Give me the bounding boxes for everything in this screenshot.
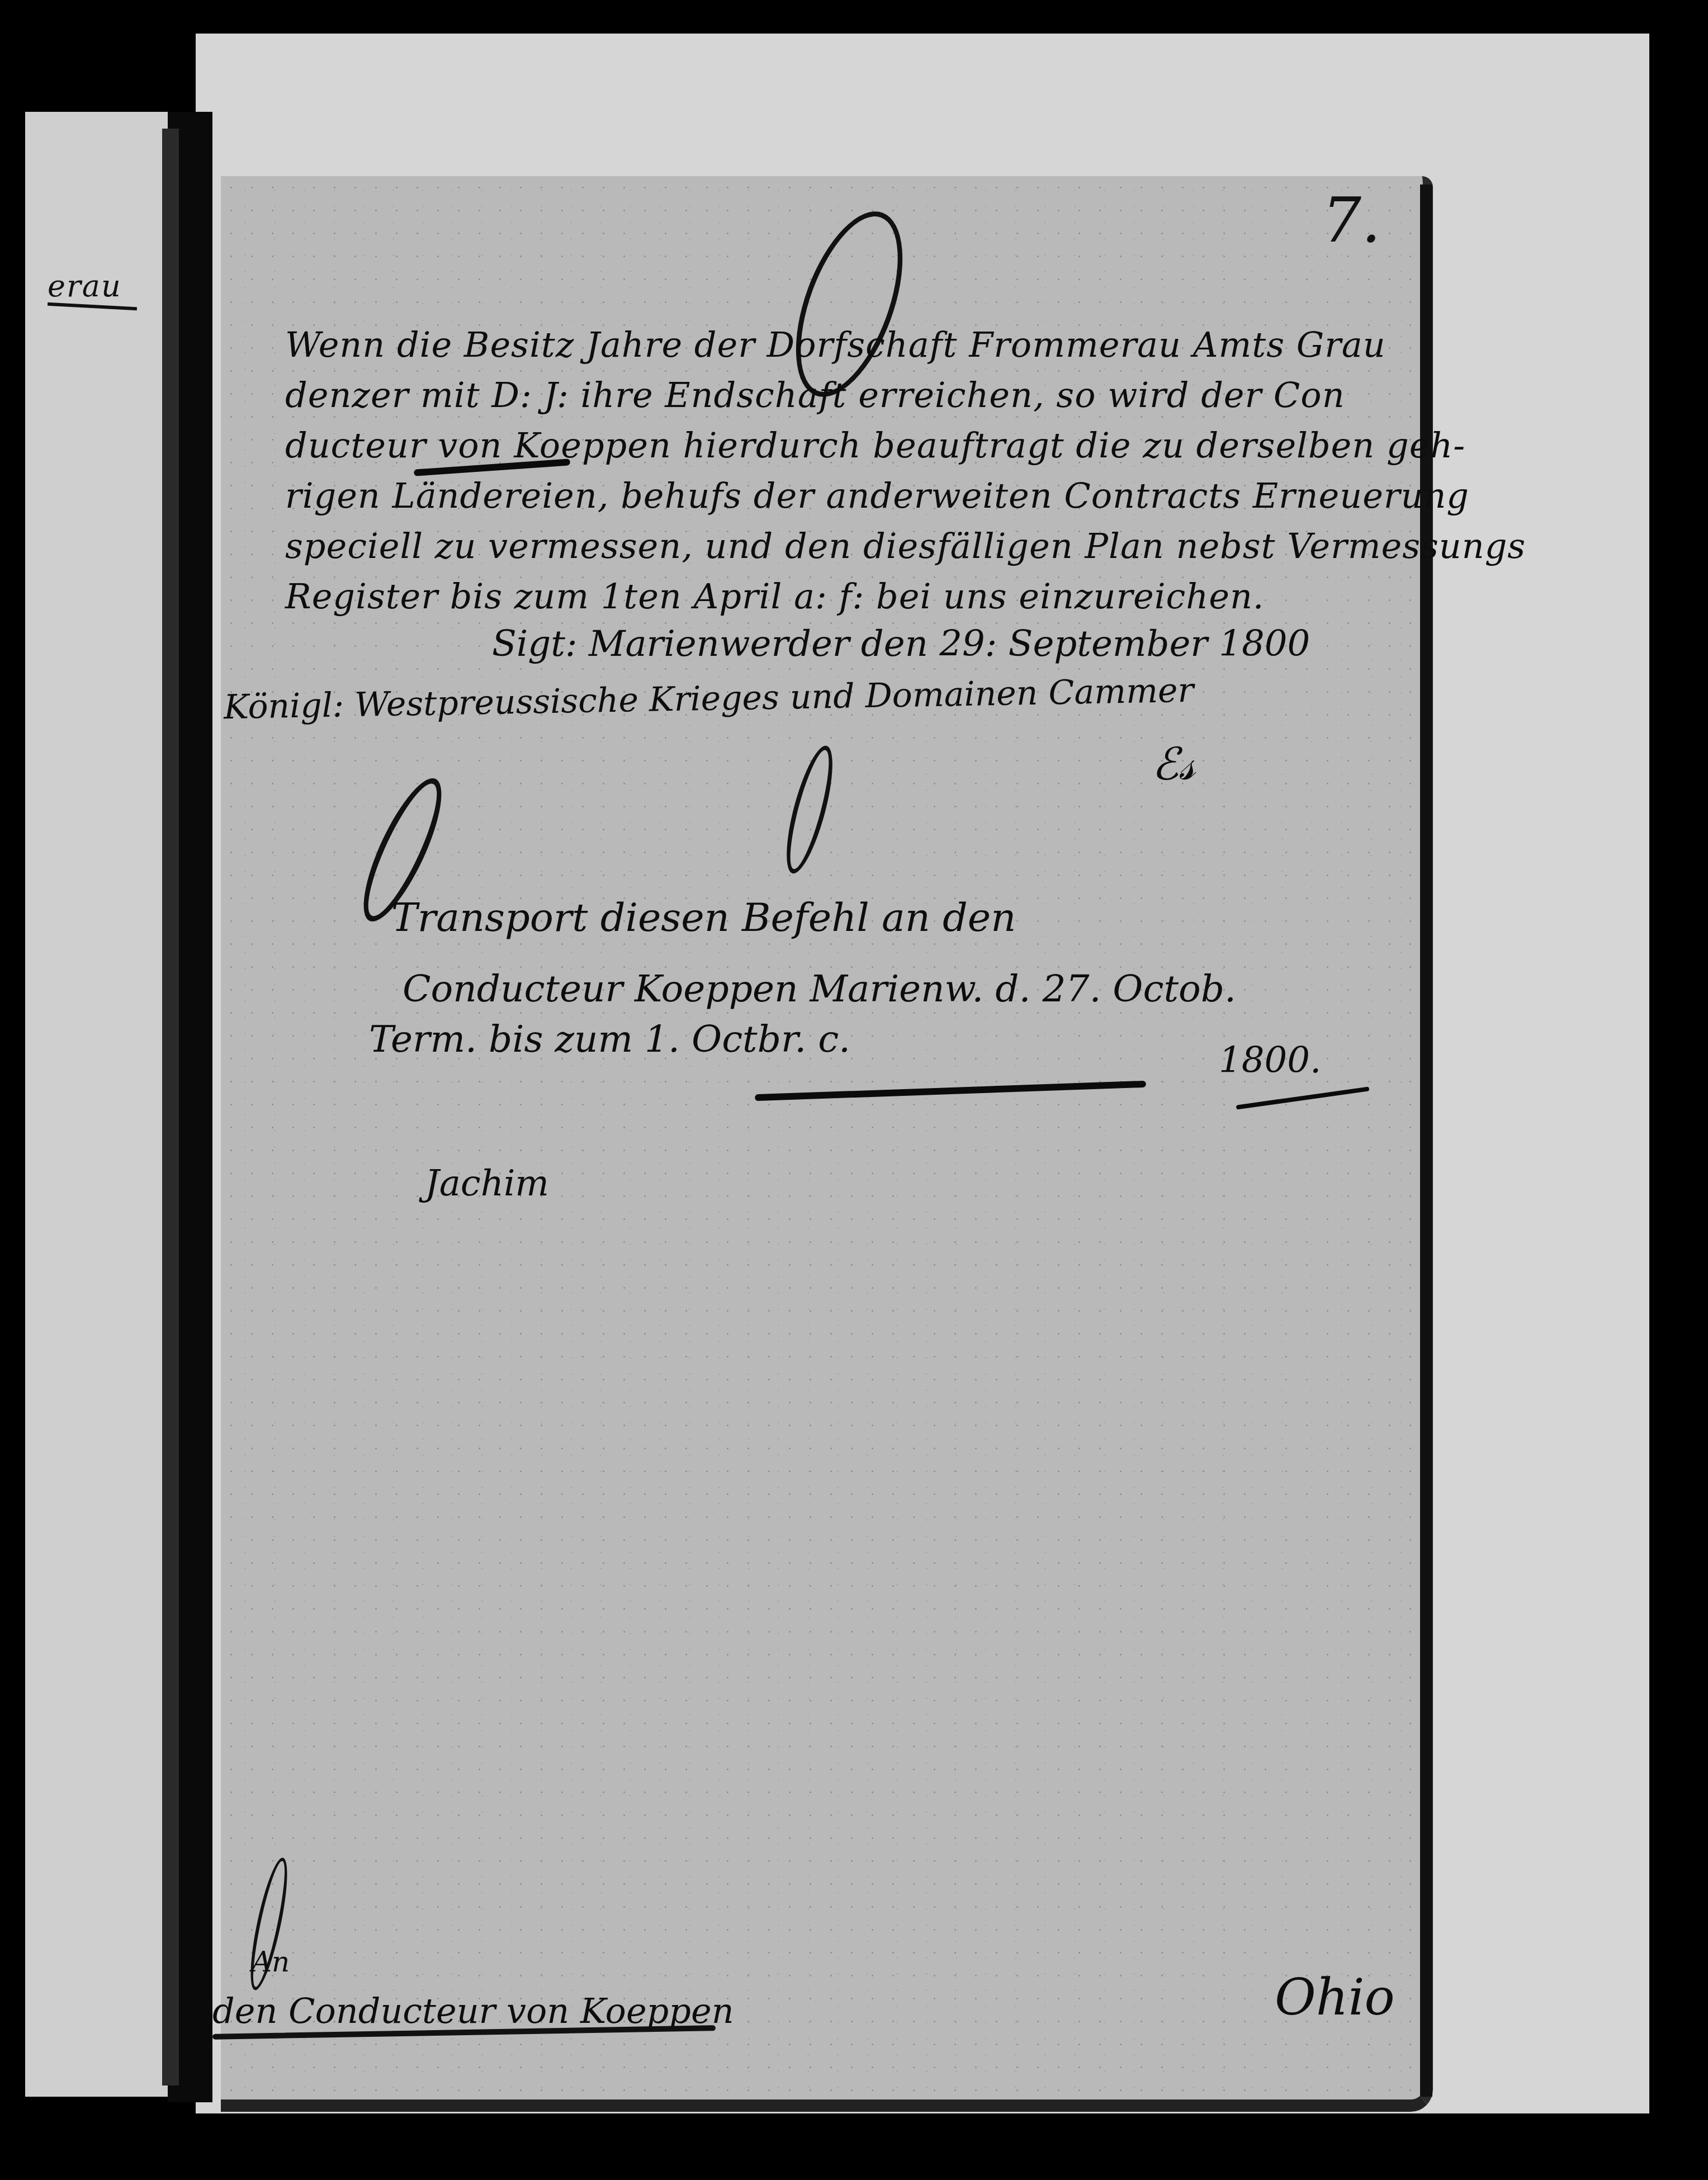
body-line-2: denzer mit D: J: ihre Endschaft erreiche… <box>285 375 1345 415</box>
manuscript-page <box>221 176 1433 2112</box>
body-line-6: Register bis zum 1ten April a: f: bei un… <box>285 576 1265 617</box>
endorsement-year: 1800. <box>1219 1040 1321 1081</box>
closing-mark: Ohio <box>1275 1968 1395 2027</box>
endorsement-line-3: Term. bis zum 1. Octbr. c. <box>369 1018 850 1061</box>
body-line-1: Wenn die Besitz Jahre der Dorfschaft Fro… <box>285 324 1386 365</box>
folio-number: 7. <box>1322 185 1381 256</box>
lower-initials: Jachim <box>425 1163 549 1204</box>
body-line-4: rigen Ländereien, behufs der anderweiten… <box>285 475 1469 516</box>
dateline: Sigt: Marienwerder den 29: September 180… <box>492 623 1310 665</box>
address-prefix: An <box>252 1946 290 1978</box>
endorsement-line-1: Transport diesen Befehl an den <box>391 895 1016 940</box>
binding-gutter-inner <box>162 129 179 2086</box>
address-line: den Conducteur von Koeppen <box>212 1990 734 2031</box>
adjacent-page-strip: erau <box>25 112 171 2097</box>
body-line-3: ducteur von Koeppen hierdurch beauftragt… <box>285 425 1465 466</box>
body-line-5: speciell zu vermessen, und den diesfälli… <box>285 526 1526 566</box>
page-edge-shadow <box>1420 185 1432 2097</box>
adjacent-page-text: erau <box>48 268 122 304</box>
signature-right: ℰ𝓈 <box>1152 738 1195 791</box>
scan-border-bottom <box>0 2125 1708 2180</box>
endorsement-line-2: Conducteur Koeppen Marienw. d. 27. Octob… <box>403 967 1236 1010</box>
